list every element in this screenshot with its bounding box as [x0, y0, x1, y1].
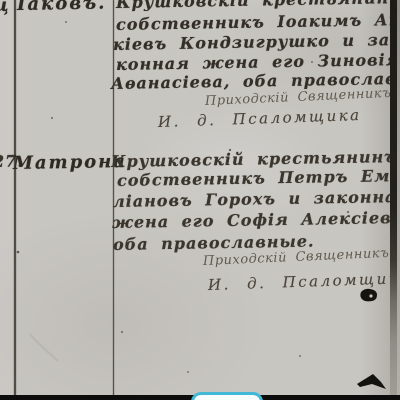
column-rule-left	[14, 0, 16, 396]
entry2-signature-line: И. д. Псаломщика	[208, 269, 400, 294]
screenshot-root: ц 27. Іаковъ. Крушковскій крестьянинъ со…	[0, 0, 400, 400]
entry1-signature-line: И. д. Псаломщика	[158, 106, 362, 131]
page-edge-gutter	[390, 0, 397, 396]
margin-top-fragment: ц	[0, 0, 9, 16]
entry2-text-line: собственникъ Петръ Еме	[117, 166, 400, 190]
entry2-text-line: жена его Софія Алексіева,	[112, 208, 400, 232]
entry2-text-line: ліановъ Горохъ и законная	[113, 187, 400, 211]
partially-visible-button[interactable]	[191, 392, 263, 400]
entry1-name: Іаковъ.	[17, 0, 107, 15]
document-scan[interactable]: ц 27. Іаковъ. Крушковскій крестьянинъ со…	[0, 0, 400, 396]
